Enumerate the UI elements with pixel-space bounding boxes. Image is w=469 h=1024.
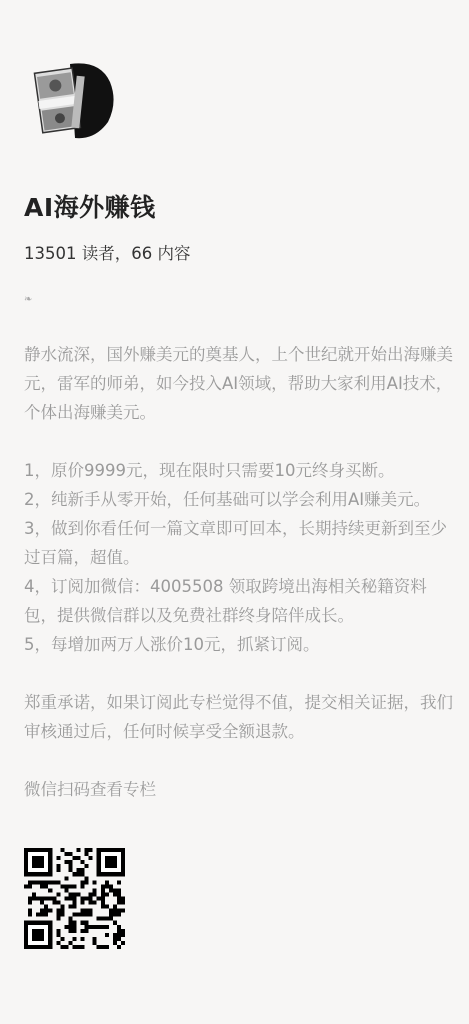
- refund-promise: 郑重承诺，如果订阅此专栏觉得不值，提交相关证据，我们审核通过后，任何时候享受全额…: [24, 688, 454, 746]
- point-item: 4，订阅加微信：4005508 领取跨境出海相关秘籍资料包，提供微信群以及免费社…: [24, 572, 454, 630]
- column-description: 静水流深，国外赚美元的奠基人，上个世纪就开始出海赚美元，雷军的师弟，如今投入AI…: [24, 340, 454, 804]
- point-item: 3，做到你看任何一篇文章即可回本，长期持续更新到至少过百篇，超值。: [24, 514, 454, 572]
- leaf-ornament-icon: ❧: [24, 294, 32, 305]
- column-avatar: [30, 52, 120, 142]
- qr-code-icon: [24, 848, 125, 949]
- column-stats: 13501 读者，66 内容: [24, 240, 190, 264]
- intro-text: 静水流深，国外赚美元的奠基人，上个世纪就开始出海赚美元，雷军的师弟，如今投入AI…: [24, 340, 454, 427]
- money-stack-icon: [30, 52, 120, 142]
- column-title: AI海外赚钱: [24, 188, 156, 224]
- point-item: 5，每增加两万人涨价10元，抓紧订阅。: [24, 630, 454, 659]
- scan-hint: 微信扫码查看专栏: [24, 775, 454, 804]
- point-item: 2，纯新手从零开始，任何基础可以学会利用AI赚美元。: [24, 485, 454, 514]
- qr-code[interactable]: [24, 848, 125, 949]
- point-item: 1，原价9999元，现在限时只需要10元终身买断。: [24, 456, 454, 485]
